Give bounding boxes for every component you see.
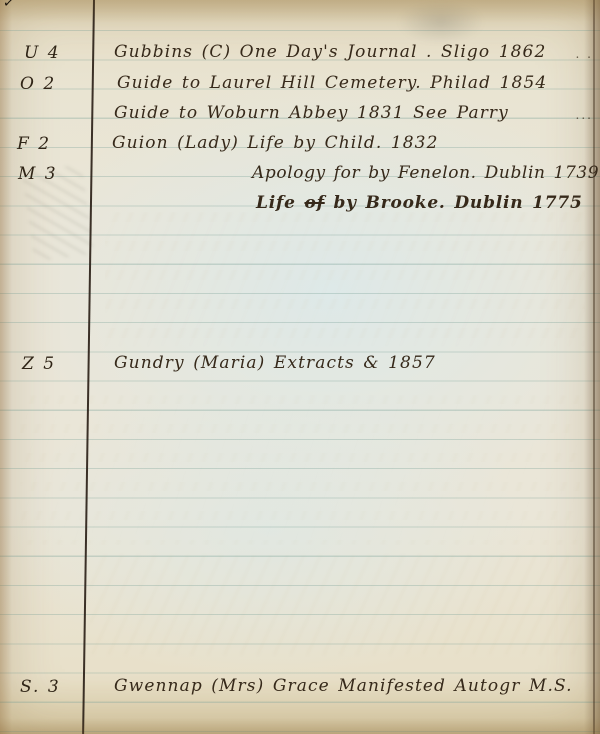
entry-title: Guide to Woburn Abbey 1831 See Parry bbox=[114, 103, 509, 123]
catalog-entry-row: Z 5 Gundry (Maria) Extracts & 1857 bbox=[0, 353, 600, 383]
entry-post: by Brooke. Dublin 1775 bbox=[325, 193, 583, 213]
page-edge-bottom bbox=[0, 718, 600, 734]
entry-title: Apology for by Fenelon. Dublin 1739 bbox=[252, 163, 599, 183]
corner-ink-mark: ✓ bbox=[2, 0, 15, 12]
catalog-entry-row: U 4 Gubbins (C) One Day's Journal . Slig… bbox=[0, 42, 600, 72]
shelfmark: U 4 bbox=[24, 43, 61, 63]
entry-title: Guide to Laurel Hill Cemetery. Philad 18… bbox=[117, 73, 547, 93]
catalog-entry-row: M 3 Apology for by Fenelon. Dublin 1739 bbox=[0, 163, 600, 193]
page-edge-top bbox=[0, 0, 600, 22]
entry-title: Guion (Lady) Life by Child. 1832 bbox=[112, 133, 439, 153]
margin-note: . . bbox=[576, 47, 593, 61]
entry-pre: Life bbox=[256, 193, 304, 213]
entry-struck: of bbox=[304, 193, 324, 213]
entry-pre: Gwennap (Mrs) Grace Manifested Autogr M.… bbox=[114, 676, 573, 696]
catalog-entry-row: O 2 Guide to Laurel Hill Cemetery. Phila… bbox=[0, 73, 600, 103]
catalog-entry-row: Guide to Woburn Abbey 1831 See Parry ... bbox=[0, 103, 600, 133]
catalog-entry-row: S. 3 Gwennap (Mrs) Grace Manifested Auto… bbox=[0, 676, 600, 706]
entry-pre: Gundry (Maria) Extracts & 1857 bbox=[114, 353, 436, 373]
catalog-entry-row: Life of by Brooke. Dublin 1775 bbox=[0, 193, 600, 223]
shelfmark: M 3 bbox=[18, 164, 58, 184]
entry-pre: Apology for by Fenelon. Dublin 1739 bbox=[252, 163, 599, 183]
catalog-entry-row: F 2 Guion (Lady) Life by Child. 1832 bbox=[0, 133, 600, 163]
shelfmark: O 2 bbox=[20, 74, 56, 94]
shelfmark: S. 3 bbox=[20, 677, 61, 697]
entry-pre: Gubbins (C) One Day's Journal . Sligo 18… bbox=[114, 42, 546, 62]
entry-title: Gundry (Maria) Extracts & 1857 bbox=[114, 353, 436, 373]
ink-showthrough-lower bbox=[90, 555, 580, 655]
ink-showthrough-upper bbox=[105, 212, 585, 347]
entry-pre: Guide to Woburn Abbey 1831 See Parry bbox=[114, 103, 509, 123]
entry-title: Gwennap (Mrs) Grace Manifested Autogr M.… bbox=[114, 676, 573, 696]
entry-title: Life of by Brooke. Dublin 1775 bbox=[256, 193, 583, 213]
shelfmark: F 2 bbox=[17, 134, 51, 154]
entry-pre: Guion (Lady) Life by Child. 1832 bbox=[112, 133, 439, 153]
entry-pre: Guide to Laurel Hill Cemetery. Philad 18… bbox=[117, 73, 547, 93]
shelfmark: Z 5 bbox=[22, 354, 56, 374]
margin-note: ... bbox=[576, 108, 593, 122]
ink-showthrough-middle bbox=[20, 395, 580, 545]
entry-title: Gubbins (C) One Day's Journal . Sligo 18… bbox=[114, 42, 546, 62]
catalog-page: ✓ U 4 Gubbins (C) One Day's Journal . Sl… bbox=[0, 0, 600, 734]
